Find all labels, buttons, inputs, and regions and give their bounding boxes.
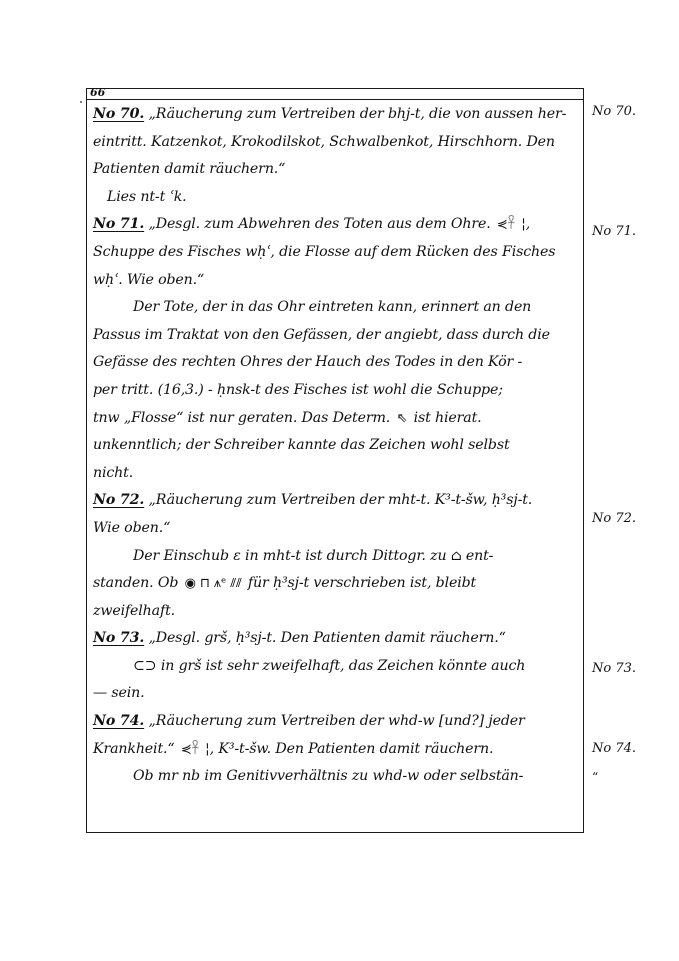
entry-heading-line: No 74. „Räucherung zum Vertreiben der wh…: [93, 708, 581, 736]
line-text: Schuppe des Fisches wḥʿ, die Flosse auf …: [93, 244, 555, 260]
text-line: nicht.: [93, 460, 581, 488]
text-line: zweifelhaft.: [93, 598, 581, 626]
line-text: Ob mr nb im Genitivverhältnis zu whd-w o…: [133, 768, 523, 784]
margin-dot: [80, 101, 82, 103]
page-number: 66: [90, 86, 105, 99]
text-line: Krankheit.“ ⋞𓋹 ¦, K³-t-šw. Den Patienten…: [93, 736, 581, 764]
entry-number: No 74.: [93, 713, 144, 729]
line-text: „Desgl. zum Abwehren des Toten aus dem O…: [144, 216, 495, 232]
text-line: — sein.: [93, 680, 581, 708]
text-line: Passus im Traktat von den Gefässen, der …: [93, 322, 581, 350]
line-text: Wie oben.“: [93, 520, 170, 536]
line-text: Gefässe des rechten Ohres der Hauch des …: [93, 354, 522, 370]
entry-heading-line: No 73. „Desgl. grš, ḥ³sj-t. Den Patiente…: [93, 625, 581, 653]
margin-entry-number: No 70.: [592, 104, 636, 119]
text-line: Ob mr nb im Genitivverhältnis zu whd-w o…: [93, 763, 581, 791]
line-text: Der Einschub ε in mht-t ist durch Dittog…: [133, 548, 493, 564]
entry-number: No 73.: [93, 630, 144, 646]
line-text: ⊂⊃ in grš ist sehr zweifelhaft, das Zeic…: [133, 658, 525, 674]
entry-number: No 72.: [93, 492, 144, 508]
text-line: Patienten damit räuchern.“: [93, 156, 581, 184]
text-line: wḥʿ. Wie oben.“: [93, 267, 581, 295]
line-text: „Räucherung zum Vertreiben der bhj-t, di…: [144, 106, 566, 122]
line-text: standen. Ob: [93, 575, 183, 591]
text-line: Der Einschub ε in mht-t ist durch Dittog…: [93, 543, 581, 571]
line-text: Der Tote, der in das Ohr eintreten kann,…: [133, 299, 531, 315]
text-line: per tritt. (16,3.) - ḥnsk-t des Fisches …: [93, 377, 581, 405]
line-text: Patienten damit räuchern.“: [93, 161, 285, 177]
margin-quote: “: [592, 770, 598, 784]
text-line: Lies nt-t ʿk.: [93, 184, 581, 212]
text-line: tnw „Flosse“ ist nur geraten. Das Determ…: [93, 405, 581, 433]
line-text: Lies nt-t ʿk.: [107, 189, 187, 205]
line-text: zweifelhaft.: [93, 603, 175, 619]
margin-entry-number: No 71.: [592, 224, 636, 239]
header-rule: [87, 99, 583, 100]
text-line: Der Tote, der in das Ohr eintreten kann,…: [93, 294, 581, 322]
line-text: nicht.: [93, 465, 133, 481]
text-line: ⊂⊃ in grš ist sehr zweifelhaft, das Zeic…: [93, 653, 581, 681]
margin-notes: “ No 70.No 71.No 72.No 73.No 74.: [588, 0, 668, 961]
entry-number: No 71.: [93, 216, 144, 232]
margin-entry-number: No 74.: [592, 741, 636, 756]
line-text: unkenntlich; der Schreiber kannte das Ze…: [93, 437, 510, 453]
text-line: Wie oben.“: [93, 515, 581, 543]
line-text-after: für ḥ³sj-t verschrieben ist, bleibt: [244, 575, 477, 591]
line-text-after: ¦, K³-t-šw. Den Patienten damit räuchern…: [201, 741, 494, 757]
line-text: Krankheit.“: [93, 741, 179, 757]
text-line: standen. Ob ◉ ⊓ ⩚ᵉ ⫽⫽ für ḥ³sj-t verschr…: [93, 570, 581, 598]
line-text: tnw „Flosse“ ist nur geraten. Das Determ…: [93, 410, 395, 426]
line-text: — sein.: [93, 685, 145, 701]
hieroglyph-group-1-icon: ⋞𓋹: [181, 736, 199, 764]
entry-number: No 70.: [93, 106, 144, 122]
body-text: No 70. „Räucherung zum Vertreiben der bh…: [93, 101, 581, 791]
margin-entry-number: No 72.: [592, 511, 636, 526]
line-text: wḥʿ. Wie oben.“: [93, 272, 204, 288]
text-frame: 66 No 70. „Räucherung zum Vertreiben der…: [86, 88, 584, 833]
text-line: Schuppe des Fisches wḥʿ, die Flosse auf …: [93, 239, 581, 267]
hieroglyph-group-1-icon: ⋞𓋹: [497, 211, 515, 239]
entry-heading-line: No 71. „Desgl. zum Abwehren des Toten au…: [93, 211, 581, 239]
hieroglyph-group-2-icon: ◉ ⊓ ⩚ᵉ ⫽⫽: [185, 570, 242, 598]
line-text-after: ¦,: [517, 216, 530, 232]
margin-entry-number: No 73.: [592, 661, 636, 676]
line-text: per tritt. (16,3.) - ḥnsk-t des Fisches …: [93, 382, 503, 398]
manuscript-page: 66 No 70. „Räucherung zum Vertreiben der…: [0, 0, 679, 961]
line-text-after: ist hierat.: [409, 410, 481, 426]
entry-heading-line: No 72. „Räucherung zum Vertreiben der mh…: [93, 487, 581, 515]
line-text: „Räucherung zum Vertreiben der mht-t. K³…: [144, 492, 532, 508]
text-line: unkenntlich; der Schreiber kannte das Ze…: [93, 432, 581, 460]
line-text: Passus im Traktat von den Gefässen, der …: [93, 327, 550, 343]
line-text: „Räucherung zum Vertreiben der whd-w [un…: [144, 713, 525, 729]
text-line: Gefässe des rechten Ohres der Hauch des …: [93, 349, 581, 377]
hieroglyph-arrow-icon: ⇖: [397, 405, 408, 433]
text-line: eintritt. Katzenkot, Krokodilskot, Schwa…: [93, 129, 581, 157]
entry-heading-line: No 70. „Räucherung zum Vertreiben der bh…: [93, 101, 581, 129]
line-text: eintritt. Katzenkot, Krokodilskot, Schwa…: [93, 134, 555, 150]
line-text: „Desgl. grš, ḥ³sj-t. Den Patienten damit…: [144, 630, 506, 646]
